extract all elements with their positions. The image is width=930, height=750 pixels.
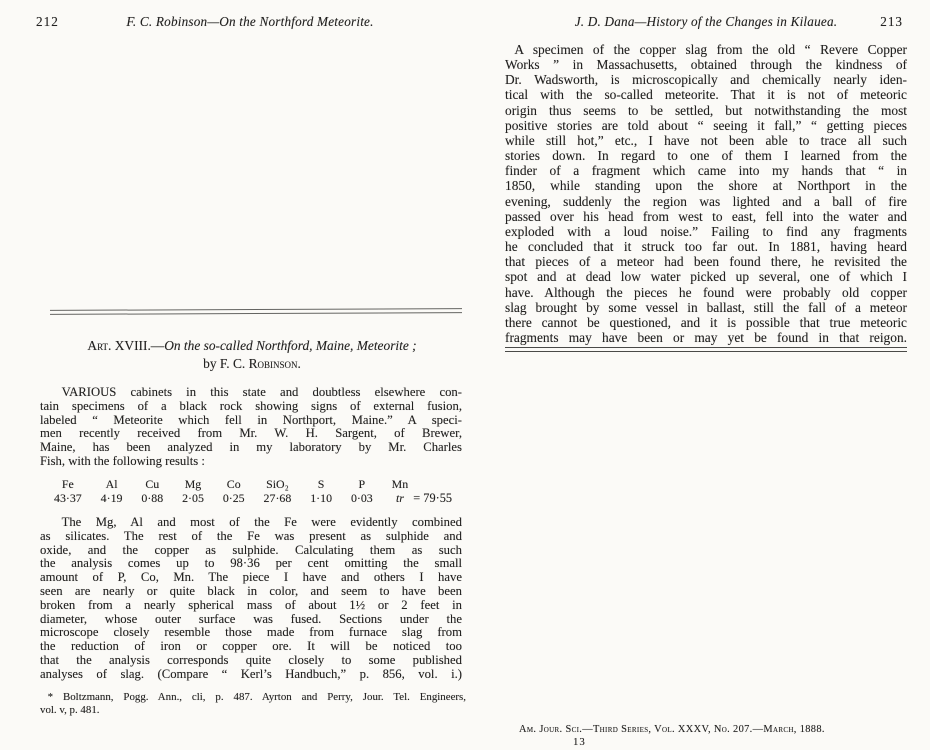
text-line: positive stories are told about “ seeing… xyxy=(505,118,907,133)
text-line: diameter, whose outer surface was fused.… xyxy=(40,613,462,627)
analysis-total: = 79·55 xyxy=(413,492,452,506)
byline-prefix: by xyxy=(203,356,220,371)
right-section-rule xyxy=(505,347,907,352)
text-line: broken from a nearly spherical mass of a… xyxy=(40,599,462,613)
left-page-number: 212 xyxy=(36,14,59,30)
text-line: Maine, has been analyzed in my laborator… xyxy=(40,441,462,455)
text-line: as silicates. The rest of the Fe was pre… xyxy=(40,530,462,544)
col-header: Fe xyxy=(62,478,74,492)
left-paragraph-1: VARIOUS cabinets in this state and doubt… xyxy=(40,386,462,469)
col-value: 1·10 xyxy=(310,492,332,506)
col-value: 43·37 xyxy=(54,492,82,506)
text-line: origin thus seems to be settled, but not… xyxy=(505,103,907,118)
left-paragraph-2: The Mg, Al and most of the Fe were evide… xyxy=(40,516,462,682)
analysis-col-co: Co0·25 xyxy=(223,478,245,505)
col-value: 4·19 xyxy=(101,492,123,506)
col-header: Al xyxy=(106,478,118,492)
col-value: 0·03 xyxy=(351,492,373,506)
analysis-col-p: P0·03 xyxy=(351,478,373,505)
analysis-table: Fe43·37 Al4·19 Cu0·88 Mg2·05 Co0·25 SiO₂… xyxy=(54,478,452,505)
col-value: tr xyxy=(396,492,404,506)
col-value: 0·25 xyxy=(223,492,245,506)
text-line: men recently received from Mr. W. H. Sar… xyxy=(40,427,462,441)
text-line: that pieces of a meteor had been found t… xyxy=(505,254,907,269)
text-line: that the analysis corresponds quite clos… xyxy=(40,654,462,668)
left-footnote: * Boltzmann, Pogg. Ann., cli, p. 487. Ay… xyxy=(40,691,466,717)
text-line: passed over his head from west to east, … xyxy=(505,209,907,224)
col-header: Mg xyxy=(185,478,202,492)
col-value: 27·68 xyxy=(264,492,292,506)
text-line: microscope closely resemble those made f… xyxy=(40,626,462,640)
journal-imprint: Am. Jour. Sci.—Third Series, Vol. XXXV, … xyxy=(519,724,909,735)
text-line: evening, suddenly the region was lighted… xyxy=(505,194,907,209)
col-header: S xyxy=(318,478,325,492)
analysis-col-al: Al4·19 xyxy=(101,478,123,505)
analysis-col-mn: Mntr xyxy=(392,478,409,505)
analysis-col-s: S1·10 xyxy=(310,478,332,505)
right-paragraph: A specimen of the copper slag from the o… xyxy=(505,42,907,345)
text-line: seen are nearly or quite black in color,… xyxy=(40,585,462,599)
analysis-col-sio2: SiO₂27·68 xyxy=(264,478,292,505)
analysis-columns: Fe43·37 Al4·19 Cu0·88 Mg2·05 Co0·25 SiO₂… xyxy=(54,478,408,505)
text-line: analyses of slag. (Compare “ Kerl’s Hand… xyxy=(40,668,462,682)
text-line: A specimen of the copper slag from the o… xyxy=(505,42,907,57)
article-title-line: Art. XVIII.—On the so-called Northford, … xyxy=(40,337,464,355)
text-line: while still hot,” etc., I have not been … xyxy=(505,133,907,148)
text-line: have. Although the pieces he found were … xyxy=(505,285,907,300)
article-title-italic: On the so-called Northford, Maine, Meteo… xyxy=(164,338,416,353)
col-header: Mn xyxy=(392,478,409,492)
text-line: Works ” in Massachusetts, obtained throu… xyxy=(505,57,907,72)
signature-number: 13 xyxy=(573,736,586,748)
right-running-title: J. D. Dana—History of the Changes in Kil… xyxy=(503,14,909,30)
text-line: VARIOUS cabinets in this state and doubt… xyxy=(40,386,462,400)
analysis-col-fe: Fe43·37 xyxy=(54,478,82,505)
analysis-col-cu: Cu0·88 xyxy=(141,478,163,505)
text-line: * Boltzmann, Pogg. Ann., cli, p. 487. Ay… xyxy=(40,691,466,704)
text-line: vol. v, p. 481. xyxy=(40,704,466,717)
col-header: Co xyxy=(227,478,241,492)
article-number: Art. XVIII.— xyxy=(87,338,164,353)
col-header: SiO₂ xyxy=(266,478,289,492)
text-line: The Mg, Al and most of the Fe were evide… xyxy=(40,516,462,530)
col-header: Cu xyxy=(145,478,159,492)
text-line: oxide, and the copper as sulphide. Calcu… xyxy=(40,544,462,558)
col-value: 0·88 xyxy=(141,492,163,506)
text-line: labeled “ Meteorite which fell in Northp… xyxy=(40,414,462,428)
text-line: the reduction of iron or copper ore. It … xyxy=(40,640,462,654)
left-running-head: 212 F. C. Robinson—On the Northford Mete… xyxy=(30,14,470,32)
text-line: Fish, with the following results : xyxy=(40,455,462,469)
text-line: Dr. Wadsworth, is microscopically and ch… xyxy=(505,72,907,87)
left-running-title: F. C. Robinson—On the Northford Meteorit… xyxy=(30,14,470,30)
left-page: 212 F. C. Robinson—On the Northford Mete… xyxy=(30,0,470,750)
text-line: finder of a fragment which came into my … xyxy=(505,163,907,178)
text-line: spot and at dead low water picked up sev… xyxy=(505,269,907,284)
text-line: stories down. In regard to one of them I… xyxy=(505,148,907,163)
right-running-head: J. D. Dana—History of the Changes in Kil… xyxy=(503,14,909,32)
text-line: slag brought by some vessel in ballast, … xyxy=(505,300,907,315)
text-line: 1850, while standing upon the shore at N… xyxy=(505,178,907,193)
analysis-col-mg: Mg2·05 xyxy=(182,478,204,505)
text-line: the analysis comes up to 98·36 per cent … xyxy=(40,557,462,571)
text-line: there cannot be questioned, and it is po… xyxy=(505,315,907,330)
col-value: 2·05 xyxy=(182,492,204,506)
article-heading: Art. XVIII.—On the so-called Northford, … xyxy=(40,337,464,372)
right-page-number: 213 xyxy=(880,14,903,30)
text-line: amount of P, Co, Mn. The piece I have an… xyxy=(40,571,462,585)
right-page: J. D. Dana—History of the Changes in Kil… xyxy=(503,0,909,750)
text-line: fragments may have been or may yet be fo… xyxy=(505,330,907,345)
article-byline: by F. C. Robinson. xyxy=(40,355,464,373)
text-line: tain specimens of a black rock showing s… xyxy=(40,400,462,414)
text-line: he concluded that it struck too far out.… xyxy=(505,239,907,254)
journal-scan: 212 F. C. Robinson—On the Northford Mete… xyxy=(0,0,930,750)
byline-author: F. C. Robinson. xyxy=(220,356,301,371)
text-line: exploded with a loud noise.” Failing to … xyxy=(505,224,907,239)
col-header: P xyxy=(359,478,366,492)
left-section-rule xyxy=(50,308,462,315)
text-line: tical with the so-called meteorite. That… xyxy=(505,87,907,102)
